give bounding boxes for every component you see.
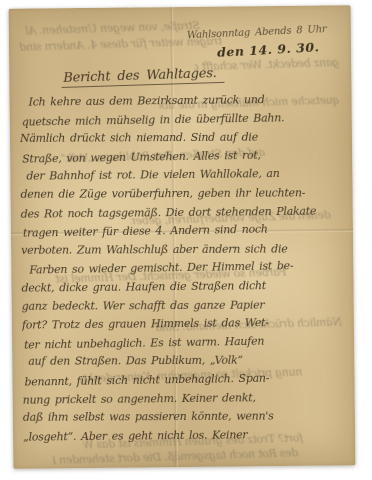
- letter-place-time: Wahlsonntag Abends 8 Uhr: [187, 24, 327, 41]
- letter-body-line: der Bahnhof ist rot. Die vielen Wahlloka…: [26, 165, 340, 187]
- title-row: Bericht des Wahltages.: [61, 62, 339, 86]
- letter-body: Ich kehre aus dem Bezirksamt zurück und …: [19, 90, 343, 447]
- letter-body-line: denen die Züge vorüberfuhren, geben ihr …: [21, 184, 341, 204]
- letter-body-line: deckt, dicke grau. Haufen die Straßen di…: [21, 276, 341, 298]
- dateline: Wahlsonntag Abends 8 Uhr den 14. 9. 30.: [19, 19, 339, 60]
- scan-background: Straße, von wegen Umstehen. Alles ist ro…: [0, 0, 372, 480]
- letter-body-line: „losgeht“. Aber es geht nicht los. Keine…: [23, 425, 343, 447]
- letter-body-line: daß ihm selbst was passieren könnte, wen…: [23, 407, 343, 427]
- letter-content: Wahlsonntag Abends 8 Uhr den 14. 9. 30. …: [9, 5, 356, 469]
- letter-title: Bericht des Wahltages.: [61, 66, 225, 88]
- letter-date: den 14. 9. 30.: [216, 39, 319, 60]
- letter-body-line: ganz bedeckt. Wer schafft das ganze Papi…: [22, 296, 342, 316]
- letter-paper: Straße, von wegen Umstehen. Alles ist ro…: [9, 5, 356, 469]
